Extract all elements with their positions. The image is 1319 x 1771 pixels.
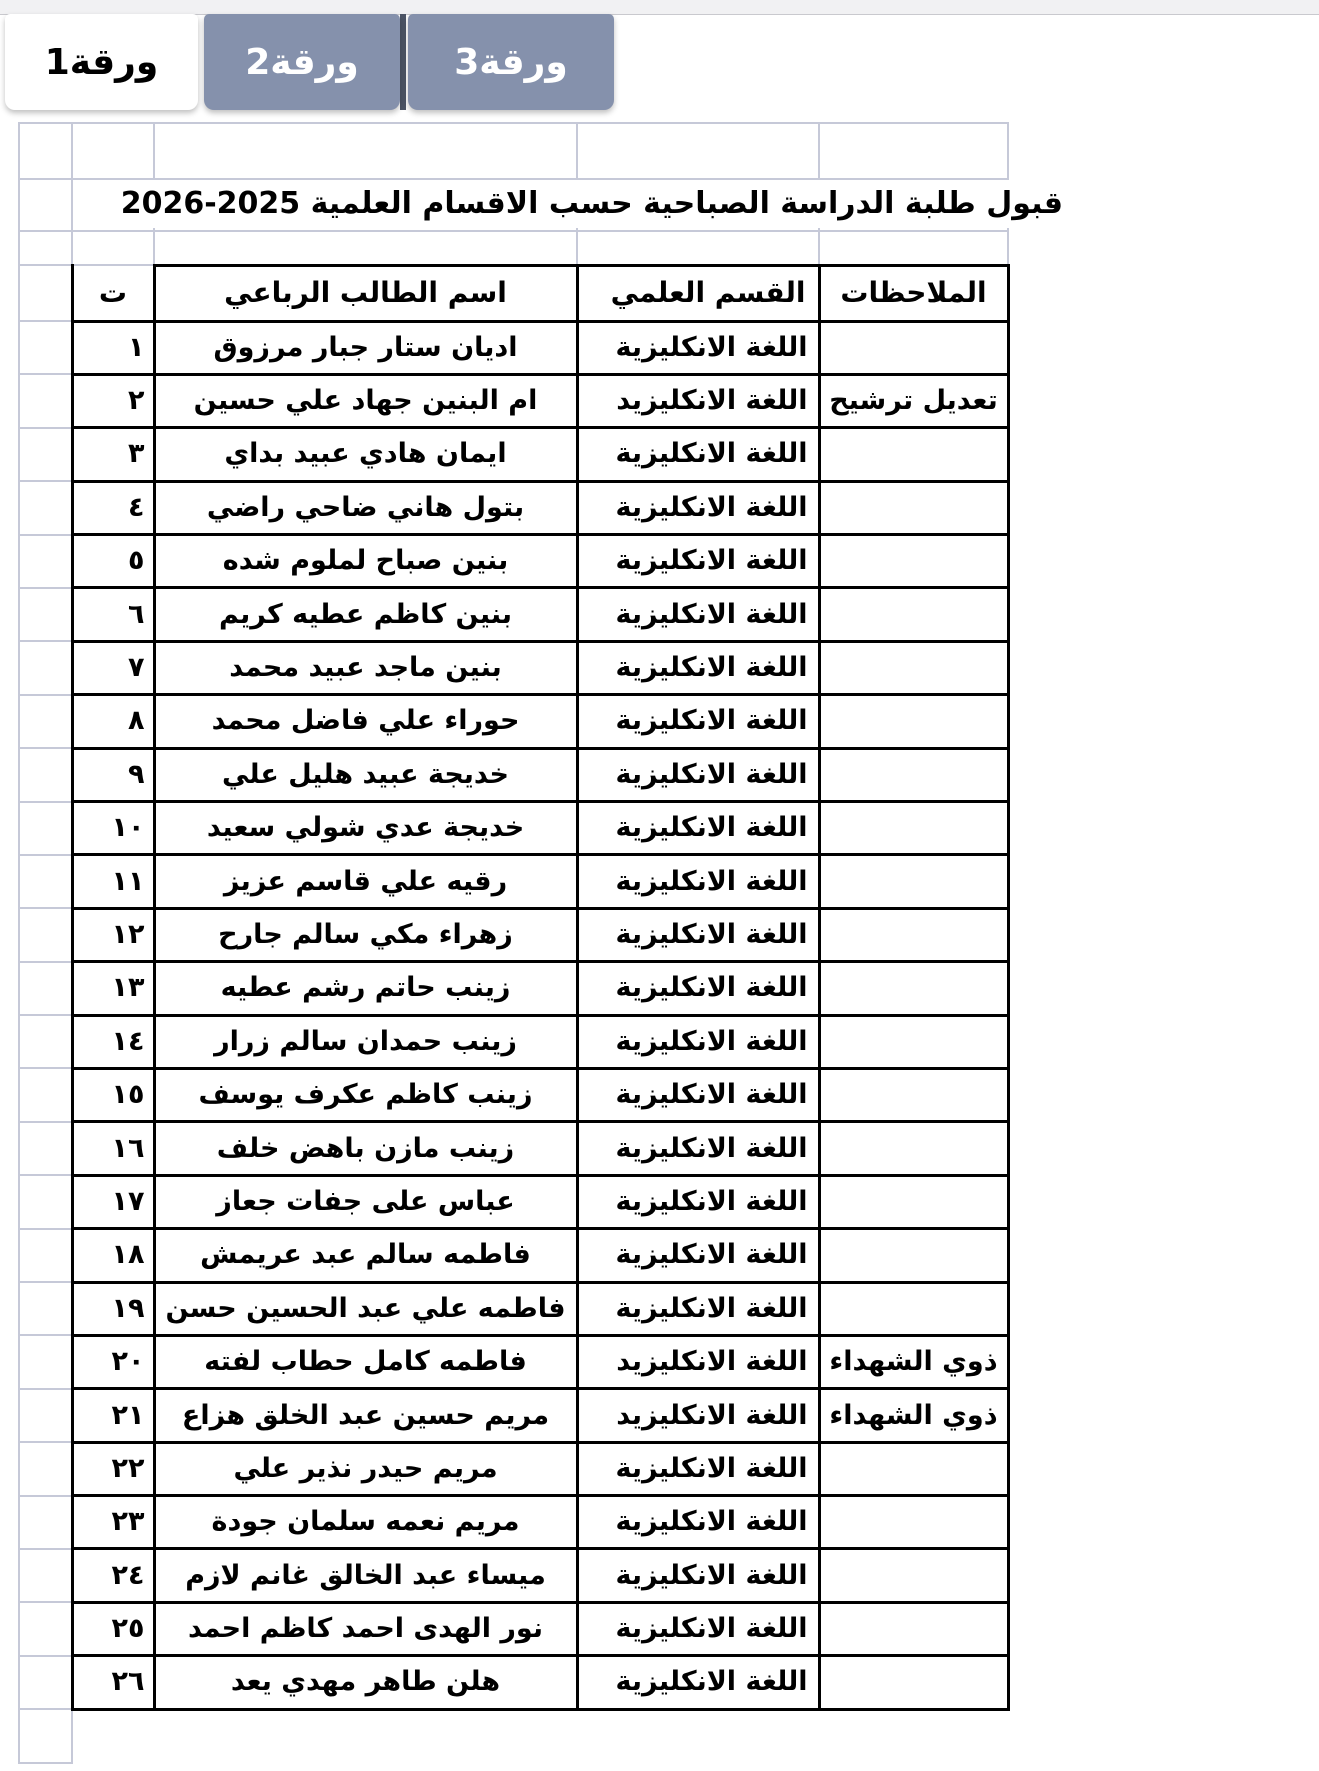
student-name-cell-text: عباس على جفات جعاز [156,1177,576,1227]
row-number-cell-text: ١٦ [74,1124,153,1174]
table-row: ١٤زينب حمدان سالم زراراللغة الانكليزية [19,1015,1008,1068]
notes-cell[interactable]: تعديل ترشيح [819,374,1008,427]
header-index-cell[interactable]: ت [72,265,154,321]
blank [577,1709,819,1763]
notes-cell[interactable] [819,1602,1008,1655]
department-cell-text: اللغة الانكليزية [579,696,818,746]
row-number-cell[interactable]: ٧ [72,641,154,694]
gutter-cell [19,1229,72,1282]
table-row: ١٧عباس على جفات جعازاللغة الانكليزية [19,1175,1008,1228]
row-number-cell-text: ٣ [74,429,153,479]
table-row: ١اديان ستار جبار مرزوقاللغة الانكليزية [19,321,1008,374]
department-cell[interactable]: اللغة الانكليزيد [577,1389,819,1442]
student-name-cell[interactable]: اديان ستار جبار مرزوق [154,321,577,374]
row-number-cell[interactable]: ١٤ [72,1015,154,1068]
row-number-cell[interactable]: ١٧ [72,1175,154,1228]
row-number-cell-text: ٦ [74,590,153,640]
department-cell[interactable]: اللغة الانكليزية [577,1656,819,1709]
student-name-cell-text: بنين كاظم عطيه كريم [156,590,576,640]
notes-cell[interactable] [819,1656,1008,1709]
department-cell-text: اللغة الانكليزية [579,1657,818,1707]
department-cell-text: اللغة الانكليزيد [579,1391,818,1441]
student-name-cell-text: بنين ماجد عبيد محمد [156,643,576,693]
table-row: ٢١مريم حسين عبد الخلق هزاعاللغة الانكليز… [19,1389,1008,1442]
spreadsheet: ت اسم الطالب الرباعي القسم العلمي الملاح… [18,122,1010,1764]
gutter-cell [19,1496,72,1549]
notes-cell[interactable] [819,1549,1008,1602]
row-number-cell-text: ١ [74,323,153,373]
gutter-cell [19,321,72,374]
student-name-cell-text: حوراء علي فاضل محمد [156,696,576,746]
table-row: ٢٢مريم حيدر نذير علياللغة الانكليزية [19,1442,1008,1495]
department-cell[interactable]: اللغة الانكليزية [577,641,819,694]
department-cell[interactable]: اللغة الانكليزية [577,1175,819,1228]
table-row: ١٩فاطمه علي عبد الحسين حسناللغة الانكليز… [19,1282,1008,1335]
table-row: ١٦زينب مازن باهض خلفاللغة الانكليزية [19,1122,1008,1175]
gutter-cell [19,802,72,855]
student-name-cell[interactable]: نور الهدى احمد كاظم احمد [154,1602,577,1655]
department-cell[interactable]: اللغة الانكليزية [577,321,819,374]
row-number-cell[interactable]: ٢٣ [72,1496,154,1549]
gutter-cell [19,588,72,641]
row-number-cell[interactable]: ٢١ [72,1389,154,1442]
row-number-cell-text: ٢٦ [74,1657,153,1707]
row-number-cell[interactable]: ٣ [72,428,154,481]
notes-cell[interactable]: ذوي الشهداء [819,1389,1008,1442]
student-name-cell[interactable]: بنين صباح لملوم شده [154,535,577,588]
student-name-cell-text: مريم حسين عبد الخلق هزاع [156,1391,576,1441]
student-name-cell[interactable]: هلن طاهر مهدي يعد [154,1656,577,1709]
sheet-tab-2[interactable]: ورقة2 [204,14,400,110]
gutter-cell [19,535,72,588]
department-cell[interactable]: اللغة الانكليزية [577,1602,819,1655]
header-row: ت اسم الطالب الرباعي القسم العلمي الملاح… [19,265,1008,321]
notes-cell-text: ذوي الشهداء [821,1391,1007,1441]
notes-cell[interactable] [819,695,1008,748]
department-cell-text: اللغة الانكليزيد [579,1337,818,1387]
student-name-cell-text: ايمان هادي عبيد بداي [156,429,576,479]
department-cell-text: اللغة الانكليزية [579,1124,818,1174]
department-cell-text: اللغة الانكليزية [579,1230,818,1280]
grid-cell [19,179,72,231]
department-cell-text: اللغة الانكليزية [579,1497,818,1547]
student-name-cell-text: اديان ستار جبار مرزوق [156,323,576,373]
sheet-tab-2-label: ورقة2 [245,42,359,83]
student-name-cell-text: ميساء عبد الخالق غانم لازم [156,1551,576,1601]
row-number-cell[interactable]: ٥ [72,535,154,588]
gutter-cell [19,1335,72,1388]
gutter-cell [19,1549,72,1602]
student-name-cell-text: زينب حمدان سالم زرار [156,1017,576,1067]
grid-cell [19,231,72,265]
notes-cell[interactable] [819,802,1008,855]
department-cell-text: اللغة الانكليزية [579,857,818,907]
table-row: ٥بنين صباح لملوم شدهاللغة الانكليزية [19,535,1008,588]
grid-cell [19,1709,72,1763]
department-cell-text: اللغة الانكليزية [579,963,818,1013]
gutter-cell [19,1442,72,1495]
row-number-cell[interactable]: ٢ [72,374,154,427]
student-name-cell[interactable]: مريم حسين عبد الخلق هزاع [154,1389,577,1442]
table-row: ٩خديجة عبيد هليل علياللغة الانكليزية [19,748,1008,801]
department-cell[interactable]: اللغة الانكليزية [577,481,819,534]
student-name-cell[interactable]: فاطمه سالم عبد عريمش [154,1229,577,1282]
row-number-cell-text: ١٠ [74,803,153,853]
gutter-cell [19,481,72,534]
row-number-cell-text: ٢٠ [74,1337,153,1387]
department-cell-text: اللغة الانكليزية [579,483,818,533]
empty-grid-row [19,1709,1008,1763]
student-name-cell[interactable]: زينب كاظم عكرف يوسف [154,1068,577,1121]
department-cell-text: اللغة الانكليزية [579,1017,818,1067]
tab-bar [0,0,1319,15]
student-name-cell[interactable]: ام البنين جهاد علي حسين [154,374,577,427]
department-cell[interactable]: اللغة الانكليزيد [577,374,819,427]
student-name-cell[interactable]: رقيه علي قاسم عزيز [154,855,577,908]
student-name-cell-text: خديجة عبيد هليل علي [156,750,576,800]
department-cell-text: اللغة الانكليزية [579,1551,818,1601]
department-cell[interactable]: اللغة الانكليزية [577,748,819,801]
department-cell-text: اللغة الانكليزية [579,536,818,586]
table-row: ١٣زينب حاتم رشم عطيهاللغة الانكليزية [19,962,1008,1015]
student-name-cell-text: ام البنين جهاد علي حسين [156,376,576,426]
row-number-cell-text: ٤ [74,483,153,533]
student-name-cell-text: بتول هاني ضاحي راضي [156,483,576,533]
student-name-cell-text: زينب حاتم رشم عطيه [156,963,576,1013]
department-cell[interactable]: اللغة الانكليزية [577,1229,819,1282]
table-row: ١٥زينب كاظم عكرف يوسفاللغة الانكليزية [19,1068,1008,1121]
grid-cell [819,231,1008,265]
notes-cell-text: ذوي الشهداء [821,1337,1007,1387]
department-cell[interactable]: اللغة الانكليزية [577,428,819,481]
department-cell[interactable]: اللغة الانكليزية [577,695,819,748]
department-cell-text: اللغة الانكليزية [579,643,818,693]
row-number-cell[interactable]: ٦ [72,588,154,641]
sheet-tab-1-label: ورقة1 [45,42,159,83]
row-number-cell[interactable]: ١٥ [72,1068,154,1121]
row-number-cell[interactable]: ٨ [72,695,154,748]
row-number-cell-text: ١٧ [74,1177,153,1227]
gutter-cell [19,748,72,801]
department-cell-text: اللغة الانكليزية [579,910,818,960]
student-name-cell-text: زهراء مكي سالم جارح [156,910,576,960]
notes-cell[interactable] [819,641,1008,694]
department-cell-text: اللغة الانكليزية [579,323,818,373]
row-number-cell-text: ٨ [74,696,153,746]
notes-cell[interactable] [819,1496,1008,1549]
gutter-cell [19,1015,72,1068]
gutter-cell [19,1602,72,1655]
table-row: ٢ام البنين جهاد علي حسيناللغة الانكليزيد… [19,374,1008,427]
notes-cell[interactable] [819,481,1008,534]
student-name-cell[interactable]: بتول هاني ضاحي راضي [154,481,577,534]
department-cell-text: اللغة الانكليزيد [579,376,818,426]
table-row: ١٠خديجة عدي شولي سعيداللغة الانكليزية [19,802,1008,855]
student-name-cell-text: فاطمه علي عبد الحسين حسن [156,1284,576,1334]
row-number-cell[interactable]: ٢٠ [72,1335,154,1388]
student-name-cell-text: نور الهدى احمد كاظم احمد [156,1604,576,1654]
gutter-cell [19,1122,72,1175]
row-number-cell-text: ١١ [74,857,153,907]
student-name-cell-text: مريم نعمه سلمان جودة [156,1497,576,1547]
student-name-cell[interactable]: حوراء علي فاضل محمد [154,695,577,748]
department-cell[interactable]: اللغة الانكليزية [577,1122,819,1175]
notes-cell[interactable] [819,748,1008,801]
notes-cell-text: تعديل ترشيح [821,376,1007,426]
table-row: ٢٠فاطمه كامل حطاب لفتهاللغة الانكليزيدذو… [19,1335,1008,1388]
notes-cell[interactable] [819,588,1008,641]
table-row: ٢٤ميساء عبد الخالق غانم لازماللغة الانكل… [19,1549,1008,1602]
department-cell[interactable]: اللغة الانكليزية [577,1282,819,1335]
row-number-cell-text: ٢١ [74,1391,153,1441]
sheet-tab-3[interactable]: ورقة3 [408,14,614,110]
grid-cell [19,123,72,179]
header-index-label: ت [74,267,153,319]
row-number-cell-text: ١٤ [74,1017,153,1067]
department-cell[interactable]: اللغة الانكليزية [577,908,819,961]
table-row: ٣ايمان هادي عبيد بداياللغة الانكليزية [19,428,1008,481]
table-row: ١٨فاطمه سالم عبد عريمشاللغة الانكليزية [19,1229,1008,1282]
student-name-cell[interactable]: فاطمه علي عبد الحسين حسن [154,1282,577,1335]
grid-cell [72,231,154,265]
student-name-cell[interactable]: زينب حاتم رشم عطيه [154,962,577,1015]
row-number-cell[interactable]: ١٨ [72,1229,154,1282]
department-cell[interactable]: اللغة الانكليزية [577,855,819,908]
empty-grid-row [19,123,1008,179]
department-cell[interactable]: اللغة الانكليزية [577,802,819,855]
student-name-cell-text: خديجة عدي شولي سعيد [156,803,576,853]
notes-cell[interactable] [819,1015,1008,1068]
grid-cell [819,123,1008,179]
row-number-cell-text: ٧ [74,643,153,693]
row-number-cell-text: ١٣ [74,963,153,1013]
grid-cell [72,123,154,179]
department-cell[interactable]: اللغة الانكليزية [577,535,819,588]
student-name-cell-text: رقيه علي قاسم عزيز [156,857,576,907]
row-number-cell[interactable]: ٢٢ [72,1442,154,1495]
notes-cell[interactable] [819,535,1008,588]
row-number-cell-text: ٢٢ [74,1444,153,1494]
grid-cell [154,123,577,179]
student-name-cell[interactable]: مريم حيدر نذير علي [154,1442,577,1495]
gutter-cell [19,908,72,961]
table-row: ٦بنين كاظم عطيه كريماللغة الانكليزية [19,588,1008,641]
student-name-cell[interactable]: بنين كاظم عطيه كريم [154,588,577,641]
row-number-cell[interactable]: ٢٤ [72,1549,154,1602]
row-number-cell[interactable]: ١٦ [72,1122,154,1175]
row-number-cell[interactable]: ٢٥ [72,1602,154,1655]
empty-grid-row [19,231,1008,265]
notes-cell[interactable] [819,1229,1008,1282]
header-name-label: اسم الطالب الرباعي [156,267,576,319]
student-name-cell[interactable]: عباس على جفات جعاز [154,1175,577,1228]
row-number-cell[interactable]: ١ [72,321,154,374]
department-cell[interactable]: اللغة الانكليزيد [577,1335,819,1388]
department-cell-text: اللغة الانكليزية [579,750,818,800]
gutter-cell [19,641,72,694]
sheet-tab-3-label: ورقة3 [454,42,568,83]
gutter-cell [19,1656,72,1709]
gutter-cell [19,855,72,908]
student-name-cell[interactable]: زهراء مكي سالم جارح [154,908,577,961]
sheet-title: قبول طلبة الدراسة الصباحية حسب الاقسام ا… [152,180,1063,228]
department-cell-text: اللغة الانكليزية [579,803,818,853]
row-number-cell-text: ١٩ [74,1284,153,1334]
department-cell-text: اللغة الانكليزية [579,429,818,479]
student-name-cell-text: فاطمه كامل حطاب لفته [156,1337,576,1387]
department-cell[interactable]: اللغة الانكليزية [577,1442,819,1495]
student-name-cell[interactable]: ايمان هادي عبيد بداي [154,428,577,481]
department-cell[interactable]: اللغة الانكليزية [577,1496,819,1549]
department-cell[interactable]: اللغة الانكليزية [577,1549,819,1602]
row-number-cell-text: ١٥ [74,1070,153,1120]
department-cell-text: اللغة الانكليزية [579,1604,818,1654]
header-notes-cell[interactable]: الملاحظات [819,265,1008,321]
student-name-cell[interactable]: مريم نعمه سلمان جودة [154,1496,577,1549]
table-row: ٤بتول هاني ضاحي راضياللغة الانكليزية [19,481,1008,534]
table-row: ٨حوراء علي فاضل محمداللغة الانكليزية [19,695,1008,748]
gutter-cell [19,1389,72,1442]
table-row: ١٢زهراء مكي سالم جارحاللغة الانكليزية [19,908,1008,961]
notes-cell[interactable] [819,1175,1008,1228]
student-name-cell[interactable]: فاطمه كامل حطاب لفته [154,1335,577,1388]
header-name-cell[interactable]: اسم الطالب الرباعي [154,265,577,321]
row-number-cell-text: ٢ [74,376,153,426]
row-number-cell[interactable]: ١٩ [72,1282,154,1335]
student-name-cell[interactable]: زينب حمدان سالم زرار [154,1015,577,1068]
student-name-cell-text: مريم حيدر نذير علي [156,1444,576,1494]
row-number-cell-text: ٢٥ [74,1604,153,1654]
student-name-cell[interactable]: زينب مازن باهض خلف [154,1122,577,1175]
student-name-cell-text: زينب كاظم عكرف يوسف [156,1070,576,1120]
notes-cell[interactable] [819,962,1008,1015]
header-notes-label: الملاحظات [821,267,1007,319]
student-name-cell-text: هلن طاهر مهدي يعد [156,1657,576,1707]
notes-cell[interactable] [819,1442,1008,1495]
row-number-cell[interactable]: ١٣ [72,962,154,1015]
notes-cell[interactable] [819,321,1008,374]
header-department-label: القسم العلمي [579,267,818,319]
gutter-cell [19,374,72,427]
department-cell-text: اللغة الانكليزية [579,1444,818,1494]
row-number-cell[interactable]: ١١ [72,855,154,908]
notes-cell[interactable]: ذوي الشهداء [819,1335,1008,1388]
department-cell[interactable]: اللغة الانكليزية [577,1068,819,1121]
table-row: ٢٣مريم نعمه سلمان جودةاللغة الانكليزية [19,1496,1008,1549]
student-name-cell-text: بنين صباح لملوم شده [156,536,576,586]
student-name-cell[interactable]: بنين ماجد عبيد محمد [154,641,577,694]
student-name-cell[interactable]: خديجة عبيد هليل علي [154,748,577,801]
row-number-cell[interactable]: ٢٦ [72,1656,154,1709]
grid-cell [154,231,577,265]
header-department-cell[interactable]: القسم العلمي [577,265,819,321]
row-number-cell[interactable]: ١٠ [72,802,154,855]
student-name-cell-text: زينب مازن باهض خلف [156,1124,576,1174]
notes-cell[interactable] [819,908,1008,961]
department-cell[interactable]: اللغة الانكليزية [577,962,819,1015]
table-row: ٧بنين ماجد عبيد محمداللغة الانكليزية [19,641,1008,694]
gutter-cell [19,265,72,321]
row-number-cell-text: ١٨ [74,1230,153,1280]
row-number-cell[interactable]: ٤ [72,481,154,534]
blank [72,1709,154,1763]
row-number-cell-text: ١٢ [74,910,153,960]
notes-cell[interactable] [819,1282,1008,1335]
notes-cell[interactable] [819,1068,1008,1121]
gutter-cell [19,1175,72,1228]
gutter-cell [19,1068,72,1121]
gutter-cell [19,962,72,1015]
department-cell-text: اللغة الانكليزية [579,1070,818,1120]
department-cell-text: اللغة الانكليزية [579,1284,818,1334]
department-cell[interactable]: اللغة الانكليزية [577,588,819,641]
row-number-cell-text: ٢٤ [74,1551,153,1601]
table-row: ١١رقيه علي قاسم عزيزاللغة الانكليزية [19,855,1008,908]
table-row: ٢٥نور الهدى احمد كاظم احمداللغة الانكليز… [19,1602,1008,1655]
blank [154,1709,577,1763]
department-cell[interactable]: اللغة الانكليزية [577,1015,819,1068]
notes-cell[interactable] [819,855,1008,908]
gutter-cell [19,428,72,481]
student-name-cell[interactable]: خديجة عدي شولي سعيد [154,802,577,855]
department-cell-text: اللغة الانكليزية [579,590,818,640]
row-number-cell[interactable]: ١٢ [72,908,154,961]
table-row: ٢٦هلن طاهر مهدي يعداللغة الانكليزية [19,1656,1008,1709]
department-cell-text: اللغة الانكليزية [579,1177,818,1227]
tab-divider [400,14,406,110]
student-name-cell-text: فاطمه سالم عبد عريمش [156,1230,576,1280]
notes-cell[interactable] [819,428,1008,481]
grid-cell [577,231,819,265]
row-number-cell-text: ٢٣ [74,1497,153,1547]
sheet-tab-1[interactable]: ورقة1 [5,14,198,110]
row-number-cell[interactable]: ٩ [72,748,154,801]
gutter-cell [19,695,72,748]
grid-cell [577,123,819,179]
blank [819,1709,1008,1763]
notes-cell[interactable] [819,1122,1008,1175]
student-name-cell[interactable]: ميساء عبد الخالق غانم لازم [154,1549,577,1602]
gutter-cell [19,1282,72,1335]
row-number-cell-text: ٩ [74,750,153,800]
row-number-cell-text: ٥ [74,536,153,586]
